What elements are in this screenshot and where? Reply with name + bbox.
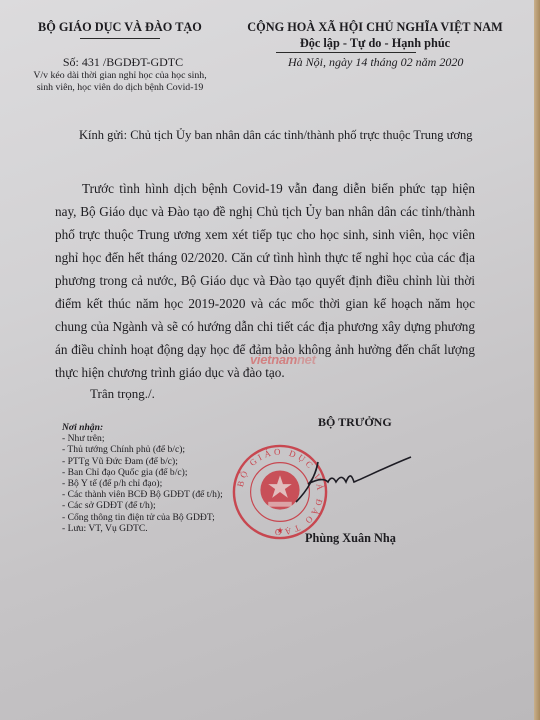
ministry-underline	[80, 38, 160, 39]
national-title: CỘNG HOÀ XÃ HỘI CHỦ NGHĨA VIỆT NAM	[216, 20, 534, 35]
motto-underline	[276, 52, 416, 53]
signer-name: Phùng Xuân Nhạ	[305, 531, 396, 546]
recipients-title: Nơi nhận:	[62, 422, 223, 433]
desk-edge	[534, 0, 540, 720]
recipient-item: Như trên;	[62, 433, 223, 444]
recipient-item: Ban Chỉ đạo Quốc gia (để b/c);	[62, 467, 223, 478]
recipient-item: Bộ Y tế (để p/h chỉ đạo);	[62, 478, 223, 489]
addressee: Kính gửi: Chủ tịch Ủy ban nhân dân các t…	[79, 128, 473, 143]
svg-text:★: ★	[276, 526, 283, 535]
subject-line: sinh viên, học viên do dịch bệnh Covid-1…	[20, 82, 220, 94]
recipient-item: Các sở GDĐT (để t/h);	[62, 500, 223, 511]
document-subject: V/v kéo dài thời gian nghỉ học của học s…	[20, 70, 220, 94]
recipient-item: Lưu: VT, Vụ GDTC.	[62, 523, 223, 534]
signer-title: BỘ TRƯỞNG	[318, 415, 392, 430]
place-date: Hà Nội, ngày 14 tháng 02 năm 2020	[288, 55, 463, 70]
recipient-item: PTTg Vũ Đức Đam (để b/c);	[62, 456, 223, 467]
national-motto: Độc lập - Tự do - Hạnh phúc	[216, 36, 534, 51]
watermark-logo: vietnamnet	[250, 352, 316, 367]
recipients-list: Như trên; Thủ tướng Chính phủ (để b/c); …	[62, 433, 223, 534]
watermark-brand: vietnam	[250, 352, 297, 367]
recipients-block: Nơi nhận: Như trên; Thủ tướng Chính phủ …	[62, 422, 223, 534]
ministry-name: BỘ GIÁO DỤC VÀ ĐÀO TẠO	[38, 20, 200, 35]
subject-line: V/v kéo dài thời gian nghỉ học của học s…	[20, 70, 220, 82]
document-number: Số: 431 /BGDĐT-GDTC	[38, 55, 208, 70]
recipient-item: Thủ tướng Chính phủ (để b/c);	[62, 444, 223, 455]
signature-icon	[286, 452, 416, 507]
closing: Trân trọng./.	[90, 386, 155, 402]
recipient-item: Các thành viên BCĐ Bộ GDĐT (để t/h);	[62, 489, 223, 500]
watermark-suffix: net	[297, 352, 316, 367]
recipient-item: Cổng thông tin điện tử của Bộ GDĐT;	[62, 512, 223, 523]
